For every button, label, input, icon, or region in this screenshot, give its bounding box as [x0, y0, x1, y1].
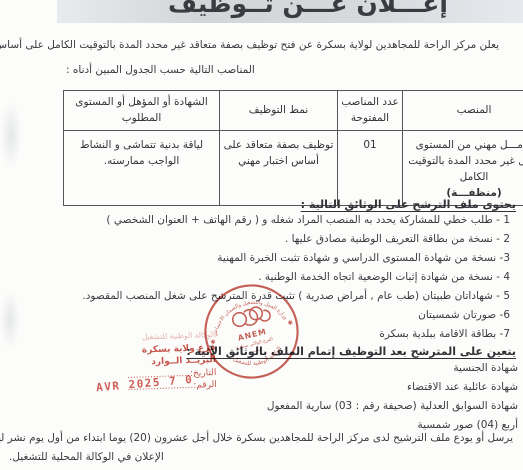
positions-table: المنصب عدد المناصب المفتوحة نمط التوظيف … [63, 90, 523, 206]
submission-note-line1: يرسل أو يودع ملف الترشيح لدى مركز الراحة… [0, 432, 513, 444]
scan-smudge [0, 100, 22, 170]
cell-qualification: لياقة بدنية تتماشى و النشاط الواجب ممارس… [64, 130, 220, 205]
intro-line1: يعلن مركز الراحة للمجاهدين لولاية بسكرة … [0, 39, 499, 51]
stamp-branch-underline: ـــــــــ [249, 347, 263, 355]
list-item: 1 - طلب خطي للمشاركة يحدد به المنصب المر… [82, 211, 510, 230]
title-banner: إعـــلان عـــن تــوظيف [57, 0, 523, 23]
page-title: إعـــلان عـــن تــوظيف [75, 0, 523, 18]
position-text: عامـــل مهني من المستوى الأول غير محدد ا… [406, 137, 523, 186]
cell-position: عامـــل مهني من المستوى الأول غير محدد ا… [403, 130, 523, 205]
col-header-open-count: عدد المناصب المفتوحة [338, 91, 403, 131]
cell-open-count: 01 [338, 130, 403, 205]
col-header-hiring-mode: نمط التوظيف [220, 91, 338, 131]
intro-line2: المناصب التالية حسب الجدول المبين أدناه … [66, 64, 255, 76]
cell-hiring-mode: توظيف بصفة متعاقد على أساس اختبار مهني [220, 130, 338, 205]
stamp-star-right-icon: ✱ [287, 319, 294, 327]
list-item: شهادة السوابق العدلية (صحيفة رقم : 03) س… [267, 397, 518, 416]
table-header-row: المنصب عدد المناصب المفتوحة نمط التوظيف … [64, 91, 523, 131]
list-item: 2 - نسخة من بطاقة التعريف الوطنية مصادق … [82, 230, 510, 249]
scan-smudge [0, 290, 20, 350]
list-item: 3- نسخة من شهادة المستوى الدراسي و شهادة… [82, 249, 510, 268]
post-hire-documents-list: شهادة الجنسية شهادة عائلية عند الاقتضاء … [267, 359, 518, 435]
col-header-qualification: الشهادة أو المؤهل أو المستوى المطلوب [64, 91, 220, 131]
list-item: 4 - نسخة من شهادة إثبات الوضعية اتجاه ال… [82, 268, 510, 287]
col-header-position: المنصب [403, 91, 523, 131]
required-documents-heading: يحتوى ملف الترشح على الوثائق التالية : [301, 198, 516, 211]
list-item: 5 - شهاداتان طبيتان (طب عام , أمراض صدري… [82, 287, 510, 306]
list-item: شهادة عائلية عند الاقتضاء [267, 378, 518, 397]
submission-note-line2: الإعلان في الوكالة المحلية للتشغيل. [9, 451, 164, 463]
job-announcement-document: إعـــلان عـــن تــوظيف يعلن مركز الراحة … [0, 0, 523, 470]
stamp-star-left-icon: ✱ [210, 338, 217, 346]
table-row: عامـــل مهني من المستوى الأول غير محدد ا… [64, 130, 523, 205]
